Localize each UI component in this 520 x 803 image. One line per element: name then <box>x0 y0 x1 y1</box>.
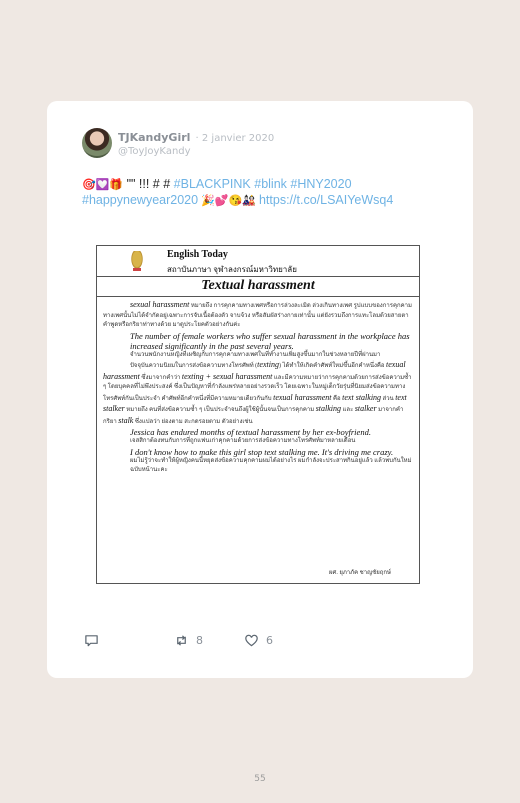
hashtag-links-line1[interactable]: #BLACKPINK #blink #HNY2020 <box>174 177 352 191</box>
retweet-button[interactable]: 8 <box>174 633 244 648</box>
page-number: 55 <box>0 774 520 784</box>
document-title: Textual harassment <box>97 277 419 297</box>
emoji-group-1: 🎯💟🎁 <box>82 179 123 191</box>
heart-icon <box>244 633 259 648</box>
hashtag-happynewyear2020[interactable]: #happynewyear2020 <box>82 193 198 207</box>
reply-icon <box>84 633 99 648</box>
example-3-th: ผมไม่รู้ว่าจะทำให้ผู้หญิงคนนี้หยุดส่งข้อ… <box>103 457 413 476</box>
like-button[interactable]: 6 <box>244 633 273 648</box>
retweet-icon <box>174 633 189 648</box>
tweet-plain-text: "" !!! # # <box>123 177 174 191</box>
display-name[interactable]: TJKandyGirl <box>118 131 190 144</box>
document-org-thai: สถาบันภาษา จุฬาลงกรณ์มหาวิทยาลัย <box>167 263 297 276</box>
document-signature: ผศ. ยุภาภัค ชาญชัยฤกษ์ <box>329 567 391 577</box>
example-3-en: I don't know how to make this girl stop … <box>103 447 413 457</box>
reply-button[interactable] <box>84 633 174 648</box>
tweet-header: TJKandyGirl · 2 janvier 2020 @ToyJoyKand… <box>82 128 274 158</box>
document-org-name: English Today <box>167 249 228 260</box>
tweet-actions: 8 6 <box>84 633 273 648</box>
retweet-count: 8 <box>196 634 203 647</box>
paragraph-2: ปัจจุบันความนิยมในการส่งข้อความทางโทรศัพ… <box>103 360 413 427</box>
emoji-group-2: 🎉💕😘🎎 <box>198 195 259 207</box>
example-2-en: Jessica has endured months of textual ha… <box>103 427 413 437</box>
example-2-th: เจสสิกาต้องทนกับการที่ถูกแฟนเก่าคุกคามด้… <box>103 437 413 447</box>
tweet-text: 🎯💟🎁 "" !!! # # #BLACKPINK #blink #HNY202… <box>82 177 442 209</box>
example-1-en: The number of female workers who suffer … <box>103 331 413 351</box>
attached-document-image[interactable]: English Today สถาบันภาษา จุฬาลงกรณ์มหาวิ… <box>96 245 420 584</box>
tweet-date[interactable]: · 2 janvier 2020 <box>196 133 275 144</box>
like-count: 6 <box>266 634 273 647</box>
document-header: English Today สถาบันภาษา จุฬาลงกรณ์มหาวิ… <box>97 246 419 277</box>
university-crest-icon <box>130 251 144 271</box>
user-handle[interactable]: @ToyJoyKandy <box>118 145 274 158</box>
tweet-card: TJKandyGirl · 2 janvier 2020 @ToyJoyKand… <box>47 101 473 678</box>
paragraph-1: sexual harassment หมายถึง การคุกคามทางเพ… <box>103 300 413 331</box>
document-body: sexual harassment หมายถึง การคุกคามทางเพ… <box>97 297 419 476</box>
example-1-th: จำนวนพนักงานหญิงที่เผชิญกับการคุกคามทางเ… <box>103 351 413 361</box>
avatar[interactable] <box>82 128 112 158</box>
tweet-url-link[interactable]: https://t.co/LSAIYeWsq4 <box>259 193 393 207</box>
